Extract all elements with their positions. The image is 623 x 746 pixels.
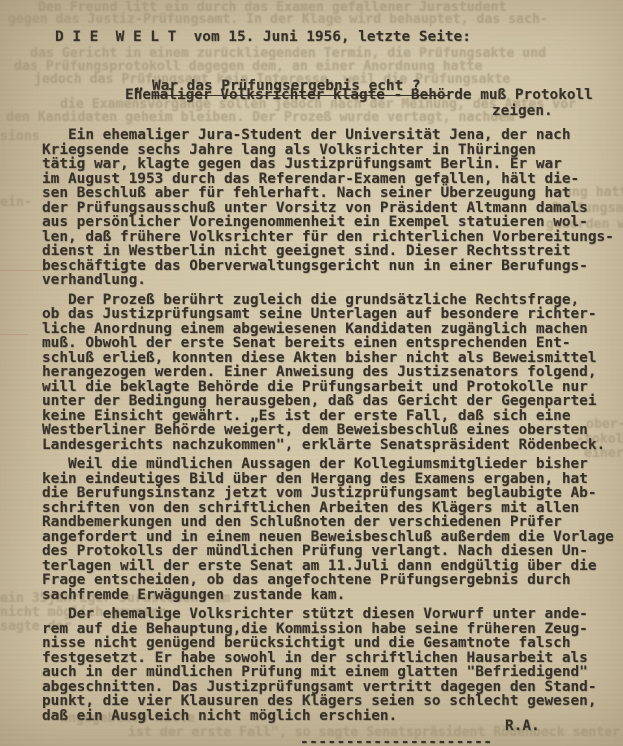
article-line: Landesgerichts nachzukommen", erklärte S… xyxy=(42,438,623,453)
article-line: Weil die mündlichen Aussagen der Kollegi… xyxy=(42,457,623,472)
article-line: rem auf die Behauptung,die Kommission ha… xyxy=(42,622,623,637)
subheadline-line1: Ehemaliger Volksrichter klagte - Behörde… xyxy=(125,88,593,103)
scanned-typewritten-page: Den Freund litt ein durch das Examen gef… xyxy=(0,0,623,746)
article-line: angefordert und in einem neuen Beweisbes… xyxy=(42,530,623,545)
article-line: Der Prozeß berührt zugleich die grundsät… xyxy=(42,293,623,308)
article-line: will die beklagte Behörde die Prüfungsar… xyxy=(42,380,623,395)
article-line: verhandlung. xyxy=(42,273,623,288)
article-line: aus persönlicher Voreingenommenheit ein … xyxy=(42,215,623,230)
article-line: tätig war, klagte gegen das Justizprüfun… xyxy=(42,157,623,172)
article-line: keine Einsicht gewährt. „Es ist der erst… xyxy=(42,409,623,424)
article-line: sachfremde Erwägungen zustande kam. xyxy=(42,588,623,603)
article-line: beschäftigte das Oberverwaltungsgericht … xyxy=(42,259,623,274)
paragraph: Weil die mündlichen Aussagen der Kollegi… xyxy=(42,457,623,602)
source-line: D I E W E L T vom 15. Juni 1956, letzte … xyxy=(55,30,471,45)
author-initials: R.A. xyxy=(505,719,540,734)
article-line: ob das Justizprüfungsamt seine Unterlage… xyxy=(42,307,623,322)
article-line: des Protokolls der mündlichen Prüfung ve… xyxy=(42,544,623,559)
bleed-through-text: gegen das Justiz-Prüfungsamt. In der Kla… xyxy=(8,13,548,26)
article-line: liche Anordnung einem abgewiesenen Kandi… xyxy=(42,322,623,337)
article-line: Kriegsende sechs Jahre lang als Volksric… xyxy=(42,143,623,158)
article-line: herangezogen werden. Einer Anweisung des… xyxy=(42,365,623,380)
article-line: die Berufungsinstanz jetzt vom Justizprü… xyxy=(42,486,623,501)
paragraph: Ein ehemaliger Jura-Student der Universi… xyxy=(42,128,623,288)
subheadline-line2: zeigen. xyxy=(492,104,553,119)
article-line: der Prüfungsausschuß unter Vorsitz von P… xyxy=(42,201,623,216)
article-line: Westberliner Behörde weigert, dem Beweis… xyxy=(42,423,623,438)
article-line: Randbemerkungen und den Schlußnoten der … xyxy=(42,515,623,530)
article-line: sen Beschluß aber für fehlerhaft. Nach s… xyxy=(42,186,623,201)
paragraph: Der ehemalige Volksrichter stützt diesen… xyxy=(42,607,623,723)
paragraph: Der Prozeß berührt zugleich die grundsät… xyxy=(42,293,623,453)
article-line: auch in der mündlichen Prüfung mit einem… xyxy=(42,665,623,680)
end-divider: --------------------- xyxy=(300,735,492,746)
article-line: unter der Bedingung herausgeben, daß das… xyxy=(42,394,623,409)
article-line: Der ehemalige Volksrichter stützt diesen… xyxy=(42,607,623,622)
paper-crease xyxy=(0,334,28,335)
bleed-through-text: ein- xyxy=(0,196,32,209)
article-line: terlagen will der erste Senat am 11.Juli… xyxy=(42,559,623,574)
article-line: schluß erließ, konnten diese Akten bishe… xyxy=(42,351,623,366)
article-line: im August 1953 durch das Referendar-Exam… xyxy=(42,172,623,187)
article-line: Frage entscheiden, ob das angefochtene P… xyxy=(42,573,623,588)
article-line: Ein ehemaliger Jura-Student der Universi… xyxy=(42,128,623,143)
paper-crease xyxy=(0,270,46,271)
article-line: kein eindeutiges Bild über den Hergang d… xyxy=(42,472,623,487)
article-line: muß. Obwohl der erste Senat bereits eine… xyxy=(42,336,623,351)
article-line: nisse nicht genügend berücksichtigt und … xyxy=(42,636,623,651)
article-line: punkt, die vier Klausuren des Klägers se… xyxy=(42,694,623,709)
bleed-through-text: den Kandidaten geheim bleiben. Der Proze… xyxy=(6,111,514,124)
bleed-through-text: sions xyxy=(0,130,40,143)
article-line: dienst in Westberlin nicht geeignet sind… xyxy=(42,244,623,259)
article-line: schriften von den schriftlichen Arbeiten… xyxy=(42,501,623,516)
article-body: Ein ehemaliger Jura-Student der Universi… xyxy=(42,128,623,728)
article-line: abgeschnitten. Das Justizprüfungsamt ver… xyxy=(42,680,623,695)
article-line: len, daß frühere Volksrichter für den ri… xyxy=(42,230,623,245)
article-line: festgesetzt. Er habe sowohl in der schri… xyxy=(42,651,623,666)
